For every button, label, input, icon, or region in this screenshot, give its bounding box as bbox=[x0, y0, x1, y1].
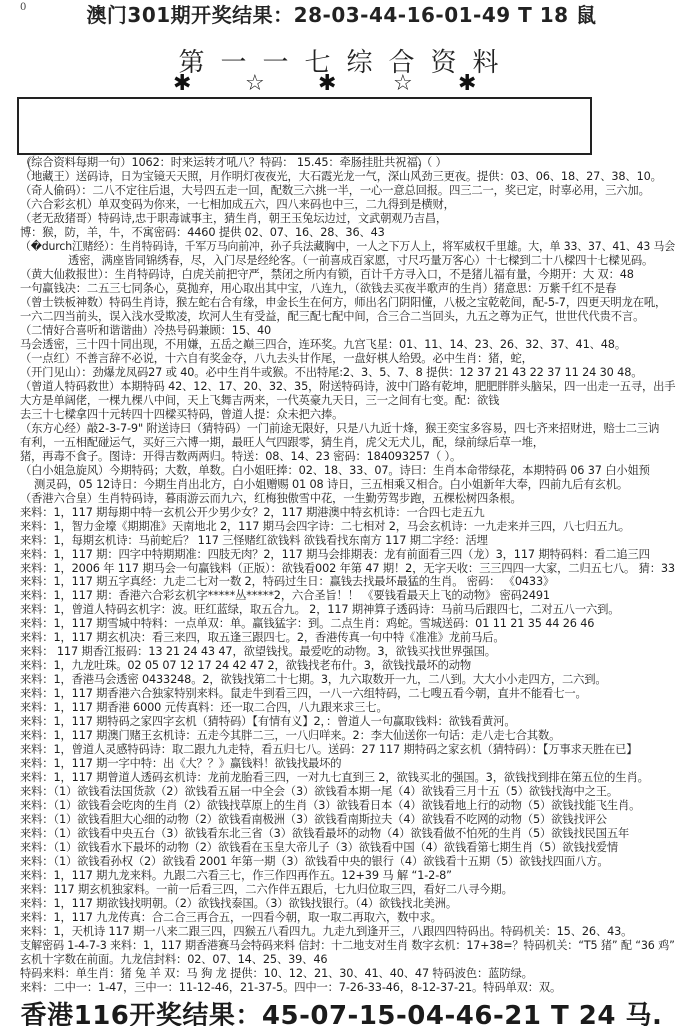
text-line: 来料：（1）欲钱看水下最坏的动物（2）欲钱看在玉皇大帝儿子（3）欲钱看中国（4）… bbox=[20, 841, 618, 855]
empty-header-box bbox=[17, 97, 592, 155]
text-line: 来料：1，117 期一字中特：出《大？？》赢钱料！欲钱找最坏的 bbox=[20, 757, 341, 771]
text-line: （一点红）不善言辞不必说，十六自有奖金夺，八九去头甘作尾，一盘好棋人给毁。必中生… bbox=[20, 352, 533, 366]
text-line: 来料：1，117 期澳门赌王玄机诗：五走今其胖二三，一八归咩来。2：李大仙送你一… bbox=[20, 729, 560, 743]
asterisk-star-icon: ✱ bbox=[458, 72, 476, 96]
text-line: 来料：二中一：1-47，三中一：11-12-46，21-37-5。四中一：7-2… bbox=[20, 981, 561, 995]
text-line: 来料：1，117 期玄机决：看三来四，取五逢三跟四七。2，香港传真一句中特《准准… bbox=[20, 631, 505, 645]
text-line: （老无敌猪哥）特码诗,忠于职毒诚事主，猜生肖，朝王玉兔坛边过，文武朝观乃吉昌， bbox=[20, 212, 447, 226]
text-line: 来料：1，117 期香港 6000 元传真料：还一取二合四，八九跟来求三七。 bbox=[20, 701, 388, 715]
text-line: （综合资料每期一句）1062：时来运转才吼八？特码： 15.45：牵肠挂肚共祝福… bbox=[20, 156, 447, 170]
text-line: 来料：（1）欲钱看胆大心细的动物（2）欲钱看南极洲（3）欲钱看南斯拉夫（4）欲钱… bbox=[20, 813, 607, 827]
text-line: 来料：（1）欲钱看会吃肉的生肖（2）欲钱找草原上的生肖（3）欲钱看日本（4）欲钱… bbox=[20, 799, 640, 813]
macau-draw-result: 澳门301期开奖结果：28-03-44-16-01-49 T 18 鼠 bbox=[0, 0, 683, 28]
text-line: 来料：1，香港马会透密 0433248。2，欲钱找第二十七期。3，九六取数开一九… bbox=[20, 673, 607, 687]
asterisk-star-icon: ✱ bbox=[318, 72, 336, 96]
text-line: 来料：1，智力金壕《期期准》天南地北 2，117 期马会四字诗：二七相对 2，马… bbox=[20, 520, 630, 534]
text-line: 来料：1，117 九龙传真：合二合三再合五，一四看今朝，取一取二再取六，数中求。 bbox=[20, 911, 442, 925]
text-line: （二情好合喜听和谐谐曲）冷热号码兼顾：15、40 bbox=[20, 324, 271, 338]
text-line: 来料：1，117 期每期中特一玄机公开少男少女？2，117 期港澳中特玄机诗：一… bbox=[20, 506, 484, 520]
text-line: 来料：1，117 期：四字中特期期准：四肢无肉？2，117 期马会排期表：龙有前… bbox=[20, 548, 650, 562]
text-line: 来料：1，曾道人灵感特码诗：取二跟九九走特，看五归七八。送码：27 117 期特… bbox=[20, 743, 637, 757]
star-outline-icon: ☆ bbox=[393, 72, 413, 96]
text-line: 来料：1，2006 年 117 期马会一句赢钱料（正版）：欲钱看002 年第 4… bbox=[20, 562, 675, 576]
text-line: （东方心经）敲2-3-7-9" 附送诗曰（猜特码）一门前途无限好，只是八九近十烽… bbox=[20, 422, 659, 436]
text-line: 有利，一五相配碰运气，买好三六博一期，最旺人气四跟零，猜生肖，虎父无犬儿，配，绿… bbox=[20, 436, 544, 450]
text-line: 来料：1，天机诗 117 期一八来二跟三四，四猴五八看四九。九走九到逢开三，八跟… bbox=[20, 925, 632, 939]
text-line: 猪，再毒不食子。图诗：开得吉数两两归。特送：08、14、23 密码：184093… bbox=[20, 450, 461, 464]
text-line: 来料：1，117 期九龙来料。九跟二六看三七，作三作四再作五。12+39 马 解… bbox=[20, 869, 452, 883]
text-line: （开门见山）：劲爆龙凤码27 或 40。必中生肖牛或猴。不出特尾:2、3、5、7… bbox=[20, 366, 642, 380]
text-line: 来料：1，曾道人特码玄机字：波。旺红蓝绿，取五合九。 2，117 期神算子透码诗… bbox=[20, 603, 619, 617]
text-line: 玄机十字数在前面。九龙信封料：02、07、14、25、39、46 bbox=[20, 953, 327, 967]
text-line: （黄大仙救报世）：生肖特码诗，白虎关前把守严，禁闭之所内有锁，百计千方寻入口，不… bbox=[20, 268, 634, 282]
text-line: 支解密码 1-4-7-3 来料：1，117 期香港赛马会特码来料 信封：十二地支… bbox=[20, 939, 675, 953]
text-line: 来料： 117 期香江报码：13 21 24 43 47，欲望钱找。最爱吃的动物… bbox=[20, 645, 496, 659]
star-outline-icon: ☆ bbox=[245, 72, 265, 96]
text-line: 测灵码，05 12诗日：今期生肖出北方，白小姐赠赐 01 08 诗日，三五相乘又… bbox=[34, 478, 628, 492]
text-line: 大方是单阔佬，一棵九棵八中间，天上飞舞吉两来，一代英豪九天日，三一之间有七变。配… bbox=[20, 394, 499, 408]
text-line: 马会透密，三十四十同出现，不用嫌，五岳之巅三四合，连环奖。九宫飞星：01、11、… bbox=[20, 338, 626, 352]
text-line: 一六二四当前头，误入浅水受欺凌，坎河人生有受益，配三配七配中间，合三合二当回头，… bbox=[20, 310, 644, 324]
text-line: （香港六合皇）生肖特码诗，暮雨游云而九六，红梅独傲雪中花，一生勤劳驾步跑，五棵松… bbox=[20, 492, 522, 506]
text-line: 去三十七樑拿四十元转四十四樑买特码，曾道人提：众未把六捧。 bbox=[20, 408, 343, 422]
text-line: 来料：（1）欲钱看中央五台（3）欲钱看东北三省（3）欲钱看最坏的动物（4）欲钱看… bbox=[20, 827, 629, 841]
text-line: 特码来料：单生肖：猪 兔 羊 双：马 狗 龙 提供：10、12、21、30、41… bbox=[20, 967, 533, 981]
asterisk-star-icon: ✱ bbox=[173, 72, 191, 96]
text-line: 来料：（1）欲钱看法国货款（2）欲钱看五届一中全会（3）欲钱看本期一尾（4）欲钱… bbox=[20, 785, 618, 799]
text-line: 来料：1，117 期特码之家四字玄机（猜特码）【有情有义】2，：曾道人一句赢取钱… bbox=[20, 715, 516, 729]
text-line: （六合彩玄机）单双变码为你来，一七相加成五六，四八来码也中三，二九得到是横财， bbox=[20, 198, 455, 212]
text-line: 来料：（1）欲钱看孙权（2）欲钱看 2001 年第一期（3）欲钱看中央的银行（4… bbox=[20, 855, 608, 869]
text-line: 来料：1，117 期香港六合独家特别来料。鼠走牛到看三四，一八一六组特码，二七嗖… bbox=[20, 687, 587, 701]
text-line: 来料：1，117 期曾道人透码玄机诗：龙前龙胎看三四，一对九七直到三 2，欲钱买… bbox=[20, 771, 649, 785]
text-line: 来料：1，117 期：香港六合彩玄机字*****丛*****2，六合圣旨！！ 《… bbox=[20, 589, 550, 603]
text-line: （白小姐急旋风）今期特码；大数，单数。白小姐旺捧：02、18、33、07。诗曰：… bbox=[20, 464, 650, 478]
text-line: 一句赢钱决：二五三七同条心，莫抛弃，用心取出其中宝，八连九，（欲钱去买夜半歌声的… bbox=[20, 282, 616, 296]
text-line: 来料：117 期玄机独家料。一前一后看三四，二六作伴五跟后，七九归位取三四，看好… bbox=[20, 883, 513, 897]
text-line: （�durch江赌经）：生肖特码诗，千军万马向前冲，孙子兵法藏胸中，一人之下万人… bbox=[20, 240, 675, 254]
text-line: 来料：1，117 期欲钱找明朝。（2）欲钱找泰国。（3）欲钱找银行。（4）欲钱找… bbox=[20, 897, 457, 911]
text-line: （曾士铁板神数）特码生肖诗，猴左蛇右合有缘，申金长生在何方，师出名门阴阳懂，八极… bbox=[20, 296, 666, 310]
text-line: （地藏王）送码诗，日为宝镜天天照，月作明灯夜夜光，大石霞光龙一气，深山风劲三更夜… bbox=[20, 170, 662, 184]
text-line: 博：猴，防，羊，牛，不寓密码：4460 提供 02、07、16、28、36、43 bbox=[20, 226, 385, 240]
text-line: （奇人偷码）：二八不定往后退，大号四五走一回，配数三六挑一半，一心一意总回报。四… bbox=[20, 184, 650, 198]
text-line: 来料：1，每期玄机诗：马前蛇后？ 117 三怪赌红欲钱料 欲钱看找东南方 117… bbox=[20, 534, 488, 548]
text-line: 透密，满座皆同锦绣春，尽，入门尽是经纶客。（一前喜成百家愿，寸尺巧量万客心）十七… bbox=[68, 254, 653, 268]
text-line: 来料：1，117 期雪城中特料：一点单双：单。赢钱猛字：到。二点生肖：鸡蛇。雪城… bbox=[20, 617, 594, 631]
star-decoration-row: ✱☆✱☆✱ bbox=[0, 72, 683, 96]
hongkong-draw-result: 香港116开奖结果：45-07-15-04-46-21 T 24 马. bbox=[0, 995, 683, 1026]
text-line: 来料：1，九龙吐珠。02 05 07 12 17 24 42 47 2，欲钱找老… bbox=[20, 659, 471, 673]
text-line: 来料：1，117 期五字真经：九走二七对一数 2，特码过生日：赢钱去找最坏最猛的… bbox=[20, 575, 554, 589]
text-line: （曾道人特码救世）本期特码 42、12、17、20、32、35，附送特码诗，波中… bbox=[20, 380, 675, 394]
